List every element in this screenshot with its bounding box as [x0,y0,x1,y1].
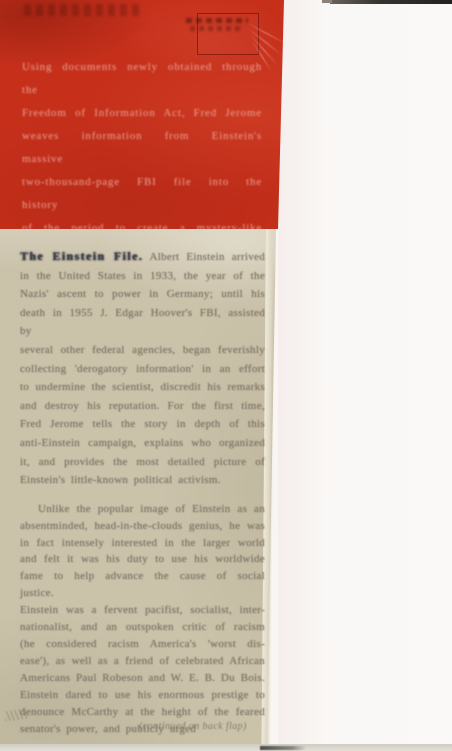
body-line: absentminded, head-in-the-clouds genius,… [20,518,265,535]
body-line: to undermine the scientist, discredit hi… [20,378,265,397]
body-line: several other federal agencies, began fe… [20,341,265,360]
scan-bottom-smudge [260,746,306,750]
body-line: in the United States in 1933, the year o… [20,267,265,286]
body-line: death in 1955 J. Edgar Hoover's FBI, ass… [20,304,265,341]
body-line-text: Albert Einstein arrived [150,251,265,263]
body-line: denounce McCarthy at the height of the f… [20,704,265,721]
body-line: Nazis' ascent to power in Germany; until… [20,285,265,304]
continued-note: (continued on back flap) [118,721,268,732]
body-line: (he considered racism America's 'worst d… [20,636,265,653]
red-copy-line: weaves information from Einstein's massi… [22,125,262,171]
red-copy-line: Freedom of Information Act, Fred Jerome [22,102,262,125]
body-line: Unlike the popular image of Einstein as … [20,501,265,518]
scan-bottom-strip [0,744,452,751]
body-line: and felt it was his duty to use his worl… [20,551,265,568]
red-copy-line: Using documents newly obtained through t… [22,56,262,102]
flap-body-copy: The Einstein File. Albert Einstein arriv… [20,248,265,737]
flap-paragraph-1: The Einstein File. Albert Einstein arriv… [20,248,265,490]
red-copy-line: two-thousand-page FBI file into the hist… [22,171,262,217]
body-line: ease'), as well as a friend of celebrate… [20,653,265,670]
body-line: fame to help advance the cause of social… [20,568,265,602]
lead-in-title: The Einstein File. [20,251,143,263]
body-line: Fred Jerome tells the story in depth of … [20,415,265,434]
body-line: nationalist, and an outspoken critic of … [20,619,265,636]
body-line: Einstein was a fervent pacifist, sociali… [20,602,265,619]
body-line: Americans Paul Robeson and W. E. B. Du B… [20,670,265,687]
illegible-stamp-mark [24,4,142,16]
scan-edge-dark-strip [330,0,452,4]
body-line: The Einstein File. Albert Einstein arriv… [20,248,265,267]
flap-paragraph-2: Unlike the popular image of Einstein as … [20,501,265,738]
body-line: it, and provides the most detailed pictu… [20,453,265,472]
body-line: anti-Einstein campaign, explains who org… [20,434,265,453]
body-line: collecting 'derogatory information' in a… [20,360,265,379]
body-line: and destroy his reputation. For the firs… [20,397,265,416]
body-line: Einstein's little-known political activi… [20,471,265,490]
body-line: Einstein dared to use his enormous prest… [20,687,265,704]
scan-edge-dark-nub [322,0,332,3]
scanner-background [278,0,452,751]
body-line: in fact intensely interested in the larg… [20,535,265,552]
illegible-price-marks [186,18,248,32]
